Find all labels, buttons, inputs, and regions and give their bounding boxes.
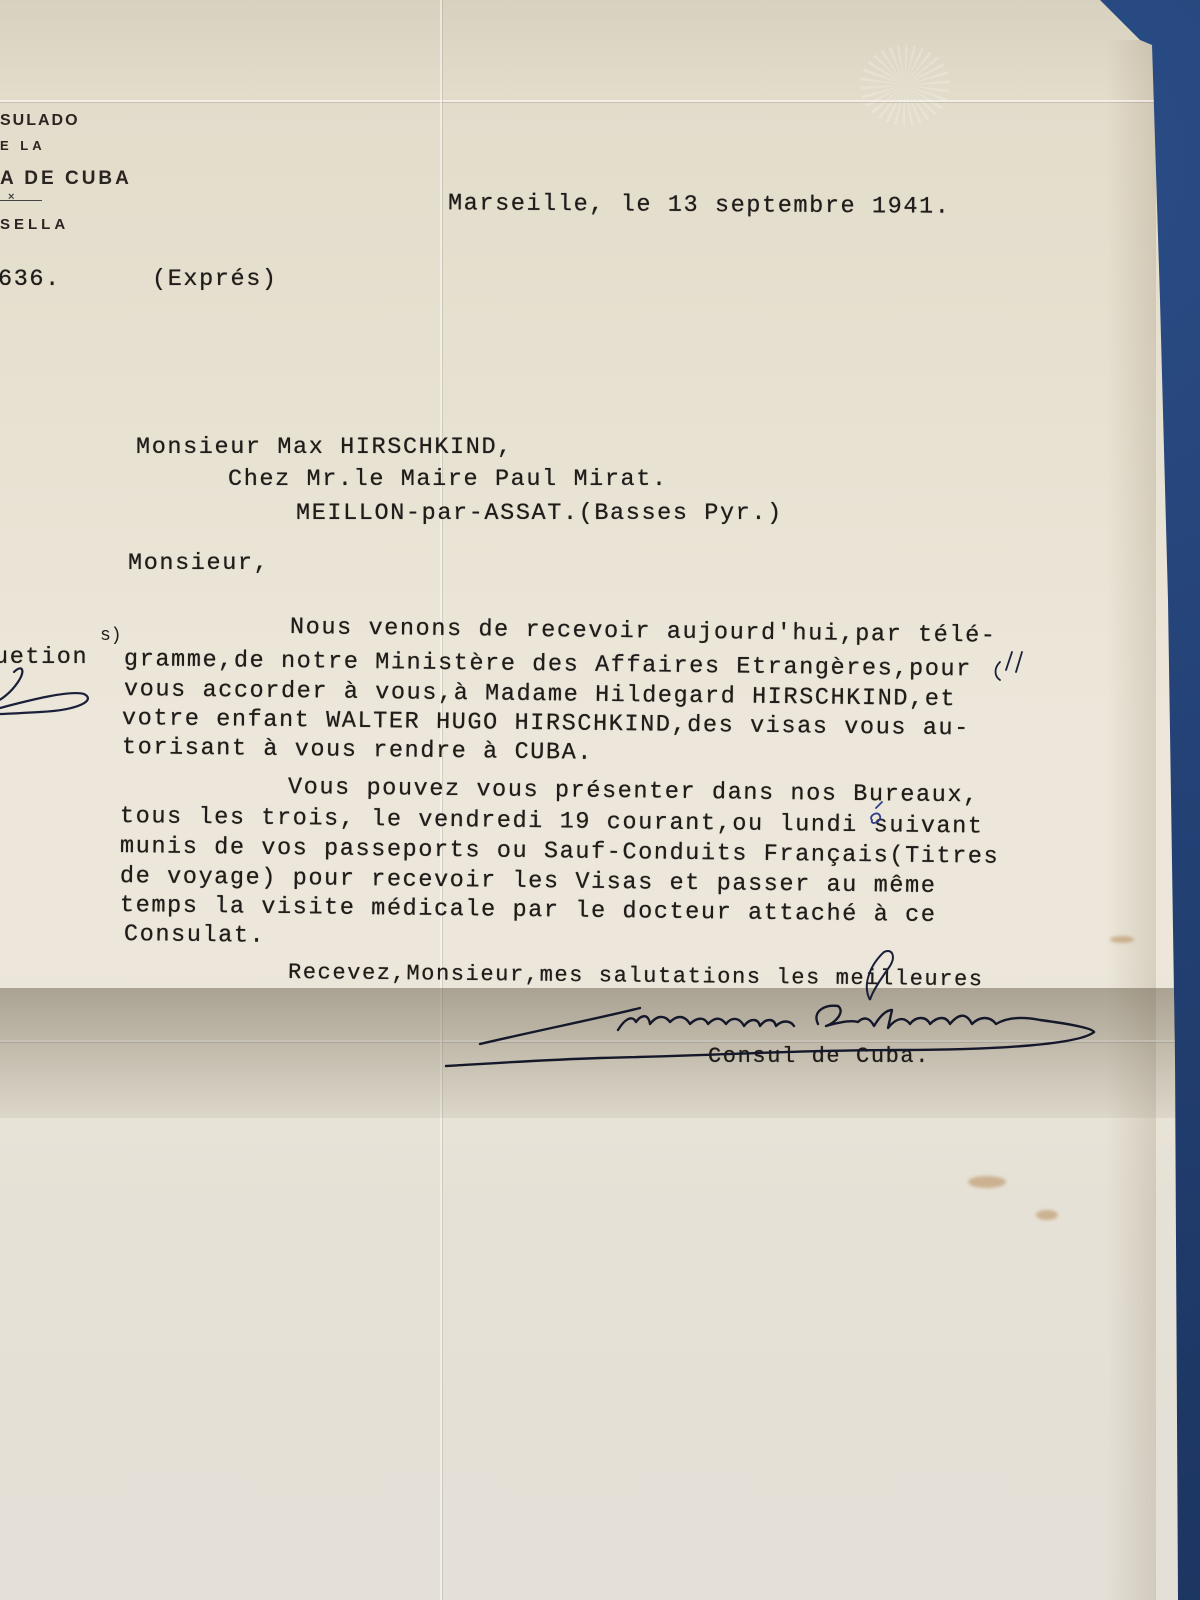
- body-line: Consulat.: [124, 921, 266, 950]
- delivery-mode: (Exprés): [152, 266, 278, 293]
- addressee-locality: MEILLON-par-ASSAT.(Basses Pyr.): [296, 500, 783, 527]
- body-line: torisant à vous rendre à CUBA.: [122, 734, 593, 767]
- letterhead-line: E LA: [0, 138, 46, 153]
- fold-line-top: [0, 100, 1178, 102]
- margin-superscript: s): [100, 626, 122, 646]
- margin-annotation: uetion: [0, 644, 88, 671]
- fold-shadow: [0, 988, 1178, 1118]
- paper-edge-shade: [1106, 40, 1156, 1600]
- addressee-care-of: Chez Mr.le Maire Paul Mirat.: [228, 466, 668, 493]
- letter-paper: SULADO E LA A DE CUBA SELLA 636. (Exprés…: [0, 0, 1178, 1600]
- body-line: Nous venons de recevoir aujourd'hui,par …: [290, 614, 997, 650]
- stain: [968, 1176, 1006, 1188]
- place-date: Marseille, le 13 septembre 1941.: [448, 190, 951, 221]
- letterhead-line: A DE CUBA: [0, 168, 132, 190]
- salutation: Monsieur,: [128, 550, 269, 577]
- addressee-name: Monsieur Max HIRSCHKIND,: [136, 434, 513, 461]
- letterhead-line: SELLA: [0, 216, 69, 233]
- embossed-seal: [860, 45, 950, 125]
- stain: [1110, 936, 1134, 943]
- signatory-title: Consul de Cuba.: [708, 1044, 930, 1069]
- letterhead-divider: [0, 200, 42, 201]
- reference-number: 636.: [0, 266, 61, 293]
- stain: [1036, 1210, 1058, 1220]
- body-line: Vous pouvez vous présenter dans nos Bure…: [288, 774, 979, 809]
- letterhead-line: SULADO: [0, 112, 80, 130]
